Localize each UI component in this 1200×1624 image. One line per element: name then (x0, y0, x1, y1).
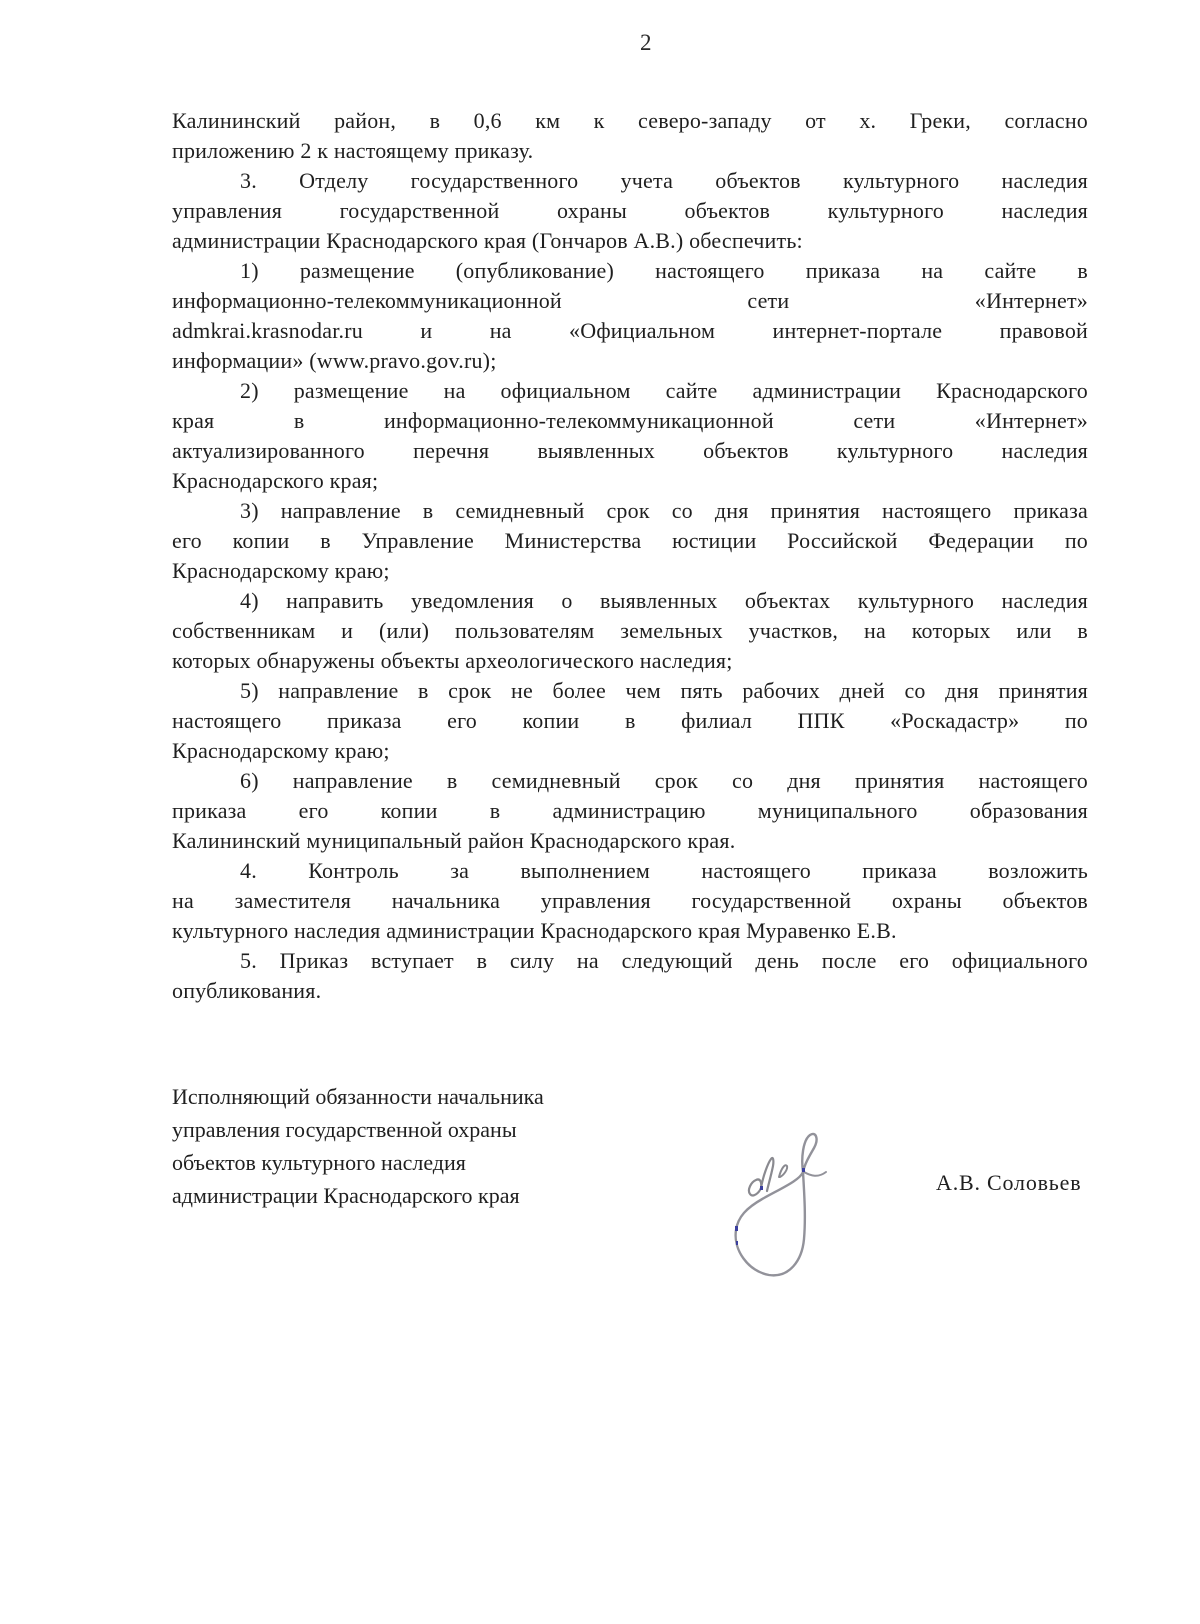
paragraph: Калининский район, в 0,6 км к северо-зап… (172, 106, 1088, 166)
paragraph: 2) размещение на официальном сайте админ… (172, 376, 1088, 496)
page-number: 2 (640, 30, 652, 56)
text-line: 4) направить уведомления о выявленных об… (172, 586, 1088, 616)
signatory-position-line: объектов культурного наследия (172, 1146, 692, 1179)
text-line: информационно-телекоммуникационной сети … (172, 286, 1088, 316)
text-line: Краснодарскому краю; (172, 736, 1088, 766)
text-line: настоящего приказа его копии в филиал ПП… (172, 706, 1088, 736)
text-line: управления государственной охраны объект… (172, 196, 1088, 226)
text-line: 5. Приказ вступает в силу на следующий д… (172, 946, 1088, 976)
signatory-position-line: Исполняющий обязанности начальника (172, 1080, 692, 1113)
text-line: Калининский район, в 0,6 км к северо-зап… (172, 106, 1088, 136)
text-line: актуализированного перечня выявленных об… (172, 436, 1088, 466)
text-line: 4. Контроль за выполнением настоящего пр… (172, 856, 1088, 886)
text-line: Краснодарского края; (172, 466, 1088, 496)
paragraph: 3) направление в семидневный срок со дня… (172, 496, 1088, 586)
text-line: на заместителя начальника управления гос… (172, 886, 1088, 916)
text-line: приложению 2 к настоящему приказу. (172, 136, 1088, 166)
paragraph: 4) направить уведомления о выявленных об… (172, 586, 1088, 676)
paragraph: 4. Контроль за выполнением настоящего пр… (172, 856, 1088, 946)
text-line: его копии в Управление Министерства юсти… (172, 526, 1088, 556)
paragraph: 6) направление в семидневный срок со дня… (172, 766, 1088, 856)
paragraph: 5) направление в срок не более чем пять … (172, 676, 1088, 766)
document-body: Калининский район, в 0,6 км к северо-зап… (172, 106, 1088, 1006)
paragraph: 3. Отделу государственного учета объекто… (172, 166, 1088, 256)
text-line: 1) размещение (опубликование) настоящего… (172, 256, 1088, 286)
signatory-name: А.В. Соловьев (936, 1170, 1081, 1196)
text-line: Калининский муниципальный район Краснода… (172, 826, 1088, 856)
text-line: информации» (www.pravo.gov.ru); (172, 346, 1088, 376)
text-line: Краснодарскому краю; (172, 556, 1088, 586)
text-line: собственникам и (или) пользователям земе… (172, 616, 1088, 646)
paragraph: 1) размещение (опубликование) настоящего… (172, 256, 1088, 376)
signatory-position-line: администрации Краснодарского края (172, 1179, 692, 1212)
text-line: 5) направление в срок не более чем пять … (172, 676, 1088, 706)
document-page: 2 Калининский район, в 0,6 км к северо-з… (0, 0, 1200, 1624)
signatory-position-line: управления государственной охраны (172, 1113, 692, 1146)
text-line: края в информационно-телекоммуникационно… (172, 406, 1088, 436)
text-line: культурного наследия администрации Красн… (172, 916, 1088, 946)
signature-block: Исполняющий обязанности начальникауправл… (172, 1080, 1088, 1310)
signatory-position-lines: Исполняющий обязанности начальникауправл… (172, 1080, 692, 1212)
signature-scribble-icon (690, 1078, 860, 1283)
text-line: опубликования. (172, 976, 1088, 1006)
text-line: приказа его копии в администрацию муници… (172, 796, 1088, 826)
paragraph: 5. Приказ вступает в силу на следующий д… (172, 946, 1088, 1006)
text-line: admkrai.krasnodar.ru и на «Официальном и… (172, 316, 1088, 346)
text-line: 3. Отделу государственного учета объекто… (172, 166, 1088, 196)
text-line: которых обнаружены объекты археологическ… (172, 646, 1088, 676)
text-line: 2) размещение на официальном сайте админ… (172, 376, 1088, 406)
text-line: 6) направление в семидневный срок со дня… (172, 766, 1088, 796)
text-line: администрации Краснодарского края (Гонча… (172, 226, 1088, 256)
text-line: 3) направление в семидневный срок со дня… (172, 496, 1088, 526)
